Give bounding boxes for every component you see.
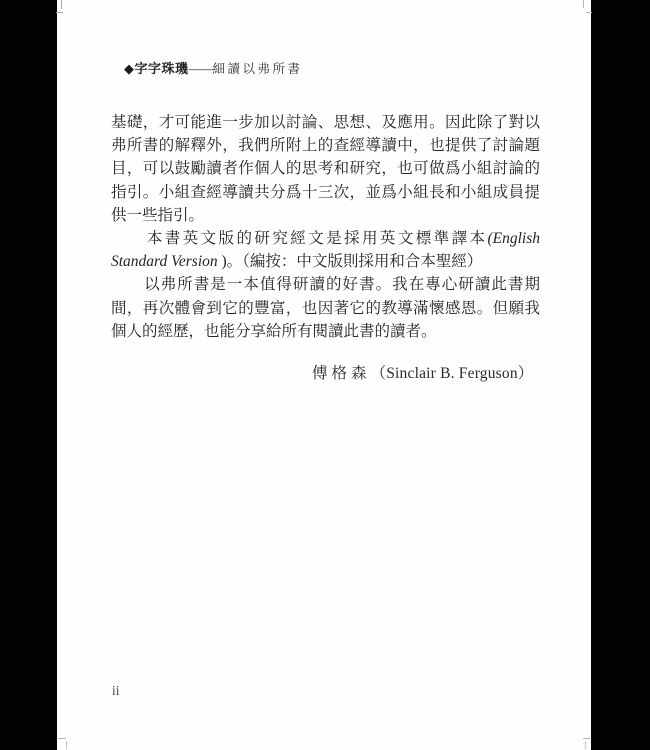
body-line: 基礎，才可能進一步加以討論、思想、及應用。因此除了對以 [111, 111, 540, 134]
running-head: ◆字字珠璣——細讀以弗所書 [124, 61, 303, 77]
body-text: 基礎，才可能進一步加以討論、思想、及應用。因此除了對以 弗所書的解釋外，我們所附… [111, 111, 540, 343]
body-line: 以弗所書是一本值得研讀的好書。我在專心研讀此書期 [111, 273, 540, 296]
english-title-italic: Standard Version [111, 253, 222, 270]
body-line: 供一些指引。 [111, 204, 540, 227]
page-number: ii [112, 683, 120, 699]
english-title-italic: (English [487, 230, 540, 247]
body-line: 本書英文版的研究經文是採用英文標準譯本(English [111, 227, 540, 250]
body-line: 目，可以鼓勵讀者作個人的思考和研究，也可做爲小組討論的 [111, 157, 540, 180]
body-line: 弗所書的解釋外，我們所附上的查經導讀中，也提供了討論題 [111, 134, 540, 157]
crop-mark-bottom-left-icon [58, 738, 66, 739]
crop-mark-bottom-left-icon [66, 741, 67, 749]
em-dash: —— [189, 61, 213, 76]
author-name-english: （Sinclair B. Ferguson） [371, 365, 534, 382]
body-line: 間，再次體會到它的豐富，也因著它的教導滿懷感恩。但願我 [111, 297, 540, 320]
author-name-chinese: 傅格森 [312, 365, 371, 382]
crop-mark-top-left-icon [56, 12, 63, 13]
diamond-icon: ◆ [124, 61, 135, 76]
crop-mark-bottom-right-icon [585, 741, 586, 749]
body-line: Standard Version )。（編按：中文版則採用和合本聖經） [111, 250, 540, 273]
crop-mark-top-right-icon [583, 0, 584, 8]
crop-mark-top-left-icon [61, 0, 62, 9]
book-subtitle: 細讀以弗所書 [213, 62, 303, 76]
crop-mark-top-right-icon [586, 12, 592, 13]
body-line: 指引。小組查經導讀共分爲十三次，並爲小組長和小組成員提 [111, 181, 540, 204]
author-signature: 傅格森（Sinclair B. Ferguson） [312, 363, 534, 385]
scanned-book-page: ◆字字珠璣——細讀以弗所書 基礎，才可能進一步加以討論、思想、及應用。因此除了對… [0, 0, 650, 750]
series-title: 字字珠璣 [135, 61, 189, 76]
body-line: 個人的經歷，也能分享給所有閱讀此書的讀者。 [111, 320, 540, 343]
crop-mark-bottom-right-icon [583, 738, 590, 739]
